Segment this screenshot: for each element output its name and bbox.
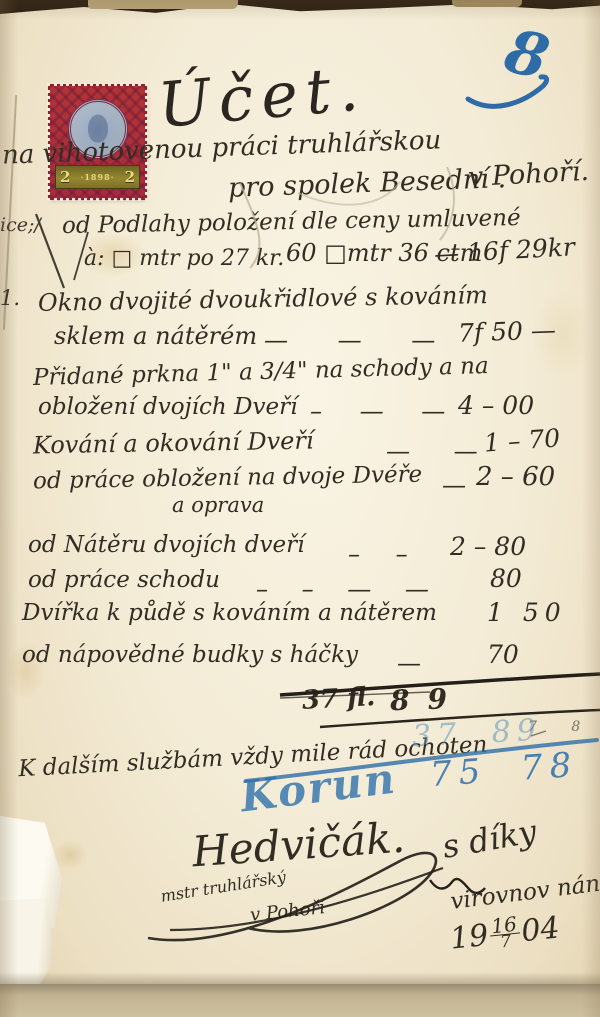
invoice-line-amount: 1 – 70 — [483, 423, 561, 457]
invoice-line-desc: od nápovědné budky s háčky — [22, 642, 358, 668]
invoice-line-dashes: — — — — [264, 326, 435, 354]
intro-line-2-place: v Pohoří. — [467, 156, 589, 193]
invoice-line-amount: 7f 50 — — [458, 315, 557, 347]
invoice-line-dashes: — — [397, 649, 421, 677]
invoice-line-desc: obložení dvojích Dveří — [38, 394, 297, 420]
total-gulden: 37 fl. — [301, 682, 376, 716]
margin-note: ice;/ — [0, 214, 41, 236]
invoice-line-desc: od Nátěru dvojích dveří — [28, 532, 304, 558]
invoice-line-desc: Kování a okování Dveří — [33, 427, 314, 460]
item-number: 1. — [0, 286, 20, 310]
invoice-line-dashes: — — — [386, 437, 478, 465]
torn-paper-fragment — [452, 0, 522, 7]
scanned-invoice-page: { "page": { "blue_page_number": "8", "ti… — [0, 0, 600, 1017]
stamp-value-right: 2 — [125, 168, 135, 186]
invoice-line-dashes: — — [442, 471, 466, 499]
table-surface — [0, 984, 600, 1017]
invoice-line-amount: 4 – 00 — [458, 391, 534, 420]
total-kreuzer: 89 — [389, 682, 465, 718]
invoice-line-amount: 2 – 60 — [476, 462, 555, 492]
invoice-line-dashes: – — — — [310, 397, 445, 425]
invoice-line-desc: od práce schodu — [28, 567, 220, 593]
invoice-line-amount: 80 — [490, 564, 522, 593]
invoice-line-desc: a oprava — [172, 493, 264, 517]
torn-paper-fragment — [88, 0, 238, 9]
invoice-line-dashes: – – — [348, 540, 408, 568]
invoice-line-desc: à: □ mtr po 27 kr. — [84, 246, 284, 271]
date-day-month-fraction: 167 — [489, 916, 522, 951]
invoice-line-amount: 2 – 80 — [450, 532, 526, 561]
stamp-value-left: 2 — [60, 168, 70, 186]
invoice-line-dashes: – – — — — [256, 575, 429, 603]
date-year-prefix: 19 — [448, 918, 490, 957]
stamp-value-band: 2 ·1898· 2 — [55, 165, 140, 189]
invoice-line-amount: 70 — [487, 640, 519, 669]
invoice-line-amount: 1 50 — [487, 598, 567, 627]
date-year-suffix: 04 — [520, 910, 562, 949]
invoice-line-desc: sklem a nátěrém — [54, 322, 257, 350]
invoice-line-desc: Dvířka k půdě s kováním a nátěrem — [22, 600, 437, 626]
stamp-year: ·1898· — [81, 172, 115, 182]
